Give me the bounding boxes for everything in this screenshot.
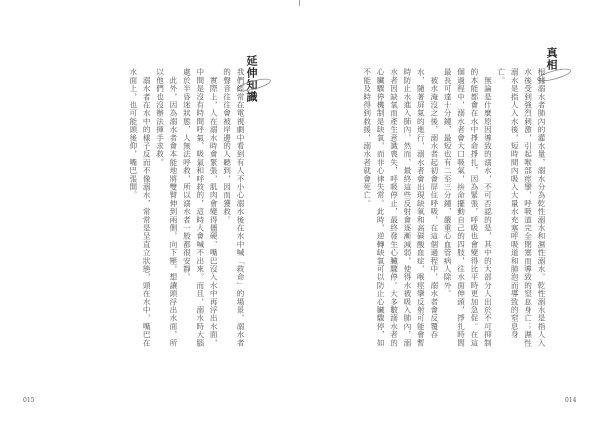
left-page: 延伸知識 我們經常在電視劇中看到有人不小心溺水後在水中喊「救命」的場景，溺水者的… — [0, 0, 300, 428]
page-number: 015 — [23, 397, 34, 404]
right-page: 真相 根據溺水者肺內的灌水量，溺水分為乾性溺水和濕性溺水。乾性溺水是指人入水後受… — [300, 0, 600, 428]
body-text: 根據溺水者肺內的灌水量，溺水分為乾性溺水和濕性溺水。乾性溺水是指人入水後受到強烈… — [360, 68, 548, 353]
page-number: 014 — [565, 397, 576, 404]
body-text: 我們經常在電視劇中看到有人不小心溺水後在水中喊「救命」的場景，溺水者的聲音往往會… — [126, 68, 247, 353]
